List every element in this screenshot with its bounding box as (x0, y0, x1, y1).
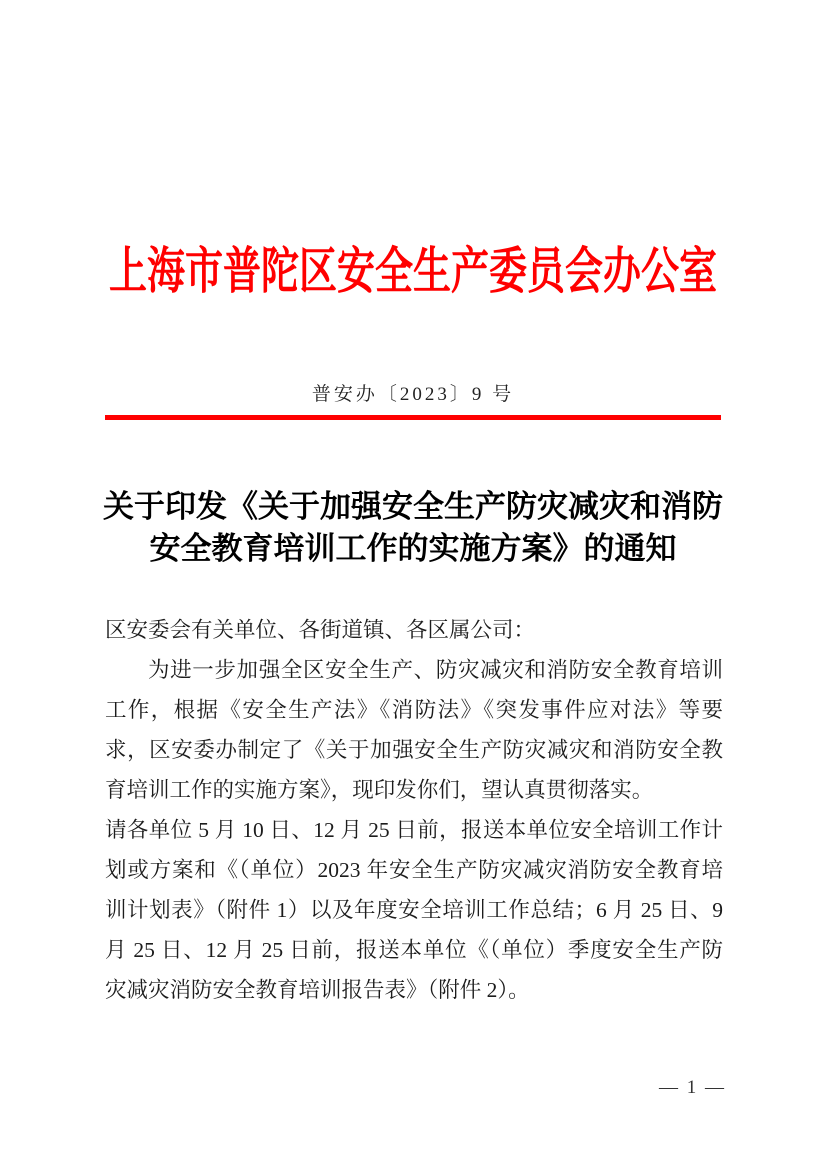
document-body: 区安委会有关单位、各街道镇、各区属公司： 为进一步加强全区安全生产、防灾减灾和消… (105, 610, 723, 1010)
body-paragraph-1: 为进一步加强全区安全生产、防灾减灾和消防安全教育培训工作，根据《安全生产法》《消… (105, 650, 723, 810)
issuing-authority-header: 上海市普陀区安全生产委员会办公室 (99, 240, 727, 302)
document-number: 普安办〔2023〕9 号 (0, 379, 826, 406)
body-paragraph-2: 请各单位 5 月 10 日、12 月 25 日前，报送本单位安全培训工作计划或方… (105, 810, 723, 1010)
document-title: 关于印发《关于加强安全生产防灾减灾和消防 安全教育培训工作的实施方案》的通知 (43, 486, 783, 570)
document-page: 上海市普陀区安全生产委员会办公室 普安办〔2023〕9 号 关于印发《关于加强安… (0, 0, 826, 1169)
document-title-line-2: 安全教育培训工作的实施方案》的通知 (43, 528, 783, 570)
salutation-line: 区安委会有关单位、各街道镇、各区属公司： (105, 610, 723, 650)
red-divider-line (105, 415, 721, 420)
document-title-line-1: 关于印发《关于加强安全生产防灾减灾和消防 (43, 486, 783, 528)
page-number: — 1 — (659, 1077, 726, 1099)
